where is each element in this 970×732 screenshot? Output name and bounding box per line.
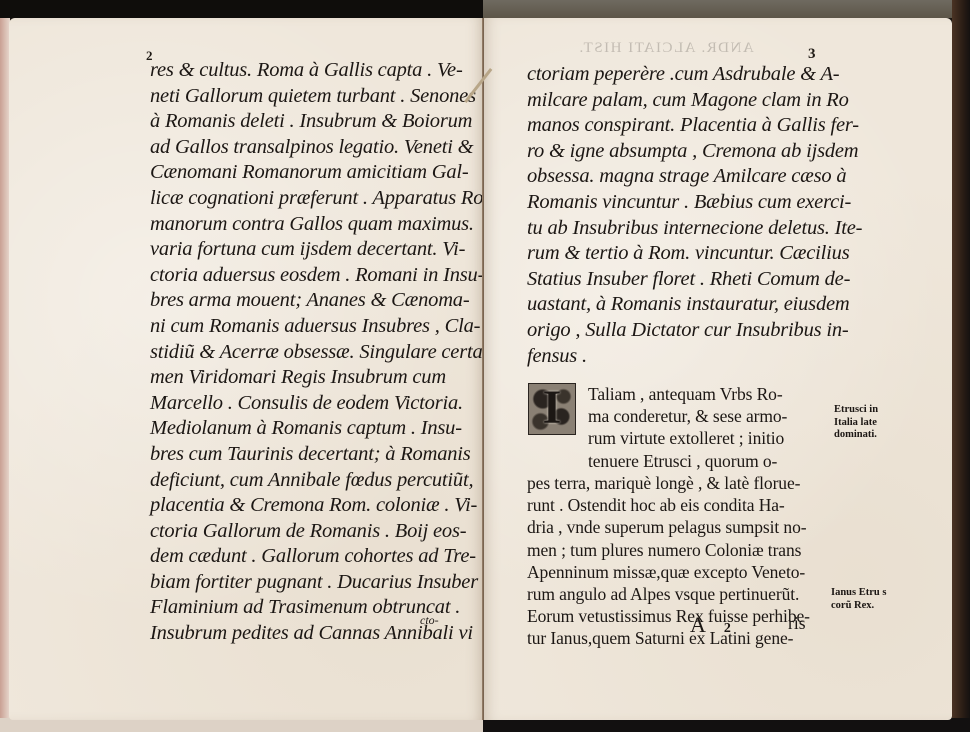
text-line: Marcello . Consulis de eodem Victoria. <box>150 391 490 417</box>
text-line: pes terra, mariquè longè , & latè florue… <box>527 472 810 494</box>
right-page-indented-text: Taliam , antequam Vrbs Ro- ma conderetur… <box>588 383 787 472</box>
text-line: rum angulo ad Alpes vsque pertinuerũt. <box>527 583 810 605</box>
text-line: deficiunt, cum Annibale fœdus percutiũt, <box>150 468 490 494</box>
text-line: origo , Sulla Dictator cur Insubribus in… <box>527 318 862 344</box>
text-line: rum & tertio à Rom. vincuntur. Cæcilius <box>527 241 862 267</box>
text-line: Apenninum missæ,quæ excepto Veneto- <box>527 561 810 583</box>
text-line: milcare palam, cum Magone clam in Ro <box>527 88 862 114</box>
cover-right-edge <box>952 0 970 732</box>
text-line: res & cultus. Roma à Gallis capta . Ve- <box>150 58 490 84</box>
margin-note-etrusci: Etrusci in Italia late dominati. <box>834 404 878 442</box>
text-line: bres cum Taurinis decertant; à Romanis <box>150 442 490 468</box>
text-line: dria , vnde superum pelagus sumpsit no- <box>527 516 810 538</box>
text-line: tur Ianus,quem Saturni ex Latini gene- <box>527 627 810 649</box>
cover-top-edge <box>483 0 970 18</box>
text-line: biam fortiter pugnant . Ducarius Insuber <box>150 570 490 596</box>
text-line: ma conderetur, & sese armo- <box>588 405 787 427</box>
text-line: Mediolanum à Romanis captum . Insu- <box>150 416 490 442</box>
text-line: stidiũ & Acerræ obsessæ. Singulare certa… <box>150 340 490 366</box>
text-line: ni cum Romanis aduersus Insubres , Cla- <box>150 314 490 340</box>
text-line: ad Gallos transalpinos legatio. Veneti & <box>150 135 490 161</box>
text-line: men Viridomari Regis Insubrum cum <box>150 365 490 391</box>
signature-number: 2 <box>724 621 731 636</box>
text-line: à Romanis deleti . Insubrum & Boiorum <box>150 109 490 135</box>
signature-letter: A <box>690 612 706 637</box>
text-line: ro & igne absumpta , Cremona ab ijsdem <box>527 139 862 165</box>
text-line: runt . Ostendit hoc ab eis condita Ha- <box>527 494 810 516</box>
left-catchword: cto- <box>420 613 439 628</box>
background-top-left <box>0 0 483 18</box>
text-line: tenuere Etrusci , quorum o- <box>588 450 787 472</box>
text-line: Eorum vetustissimus Rex fuisse perhibe- <box>527 605 810 627</box>
text-line: manorum contra Gallos quam maximus. <box>150 212 490 238</box>
text-line: placentia & Cremona Rom. coloniæ . Vi- <box>150 493 490 519</box>
drop-cap-letter: I <box>529 380 575 435</box>
right-page-body-text: pes terra, mariquè longè , & latè florue… <box>527 472 810 650</box>
text-line: licæ cognationi præferunt . Apparatus Ro… <box>150 186 490 212</box>
text-line: Romanis vincuntur . Bæbius cum exerci- <box>527 190 862 216</box>
text-line: men ; tum plures numero Coloniæ trans <box>527 539 810 561</box>
left-page-text: res & cultus. Roma à Gallis capta . Ve- … <box>150 58 490 647</box>
text-line: Cænomani Romanorum amicitiam Gal- <box>150 160 490 186</box>
text-line: ctoria aduersus eosdem . Romani in Insu- <box>150 263 490 289</box>
text-line: tu ab Insubribus internecione deletus. I… <box>527 216 862 242</box>
page-stack-bottom <box>0 718 483 732</box>
text-line: uastant, à Romanis instauratur, eiusdem <box>527 292 862 318</box>
right-page-number: 3 <box>808 46 816 63</box>
margin-note-ianus: Ianus Etru s corũ Rex. <box>831 587 886 612</box>
text-line: obsessa. magna strage Amilcare cæso à <box>527 164 862 190</box>
bleed-through-header: ANDR. ALCIATI HIST. <box>578 40 754 57</box>
ornamental-drop-cap: I <box>528 383 576 435</box>
right-page-italic-summary: ctoriam peperère .cum Asdrubale & A- mil… <box>527 62 862 369</box>
text-line: manos conspirant. Placentia à Gallis fer… <box>527 113 862 139</box>
text-line: neti Gallorum quietem turbant . Senones <box>150 84 490 110</box>
right-catchword: ris <box>788 613 806 634</box>
text-line: Statius Insuber floret . Rheti Comum de- <box>527 267 862 293</box>
text-line: ctoria Gallorum de Romanis . Boij eos- <box>150 519 490 545</box>
text-line: ctoriam peperère .cum Asdrubale & A- <box>527 62 862 88</box>
text-line: rum virtute extolleret ; initio <box>588 427 787 449</box>
printer-signature: A2 <box>690 612 731 638</box>
background-bottom-right <box>483 718 970 732</box>
text-line: bres arma mouent; Ananes & Cænoma- <box>150 288 490 314</box>
text-line: dem cædunt . Gallorum cohortes ad Tre- <box>150 544 490 570</box>
text-line: Taliam , antequam Vrbs Ro- <box>588 383 787 405</box>
text-line: varia fortuna cum ijsdem decertant. Vi- <box>150 237 490 263</box>
text-line: fensus . <box>527 344 862 370</box>
